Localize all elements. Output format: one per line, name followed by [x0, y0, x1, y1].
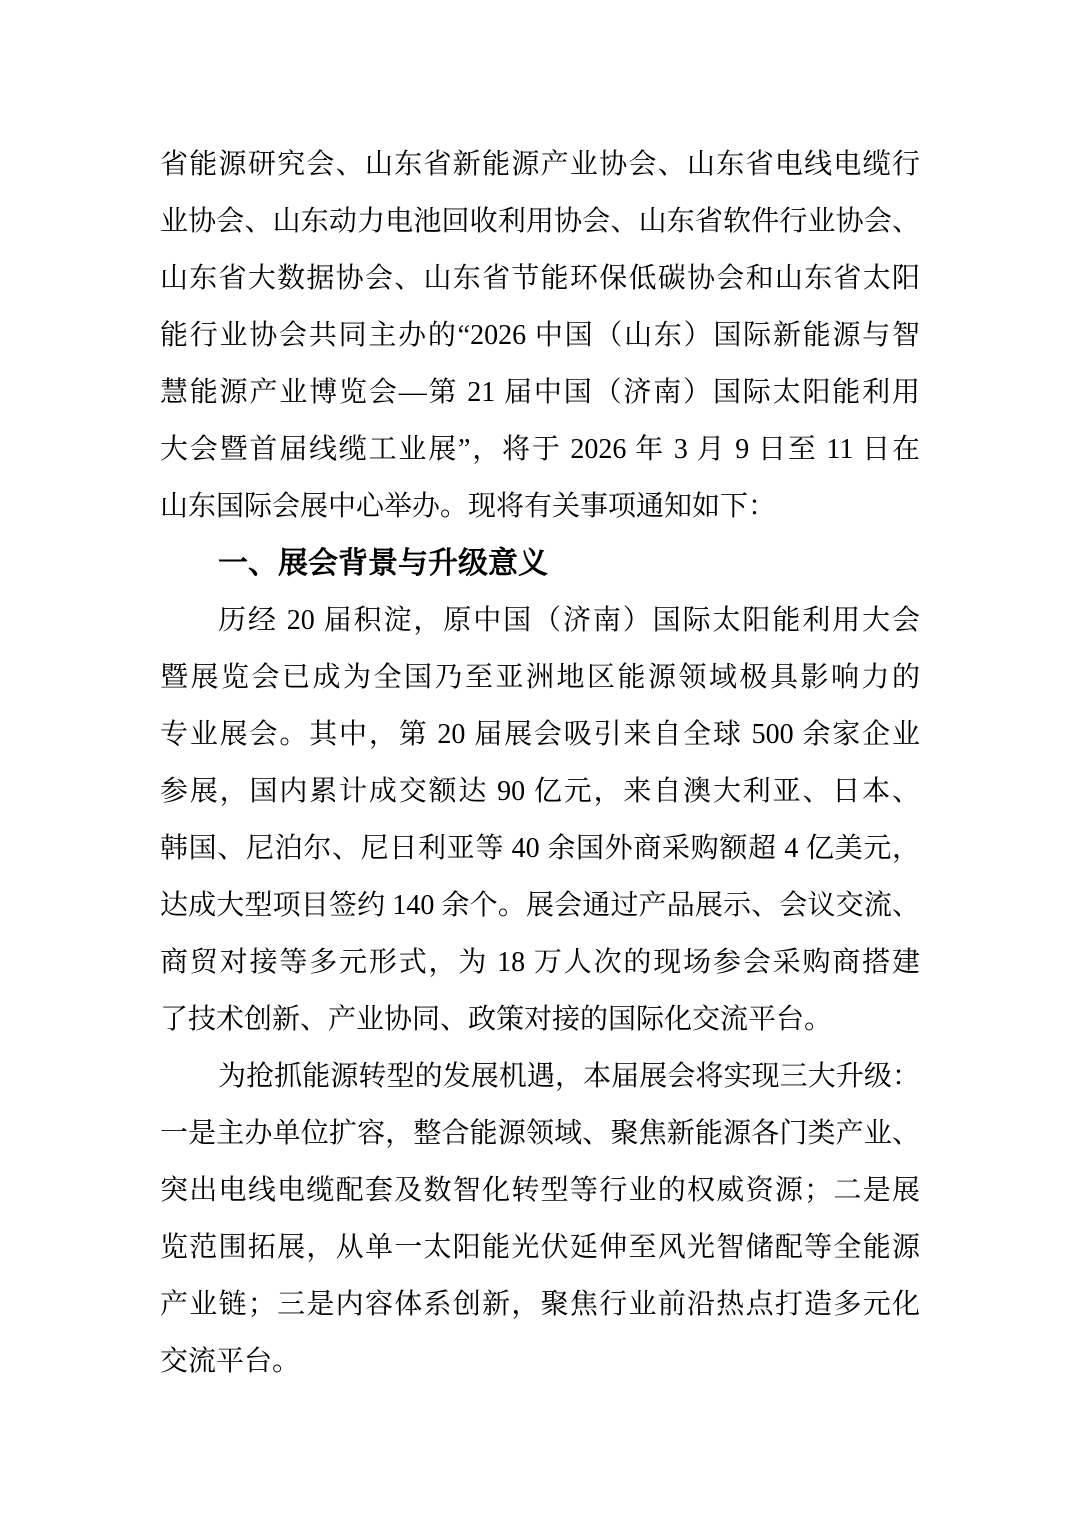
body-line: 交流平台。	[160, 1333, 920, 1390]
body-line: 参展，国内累计成交额达 90 亿元，来自澳大利亚、日本、	[160, 763, 920, 820]
body-line: 山东国际会展中心举办。现将有关事项通知如下：	[160, 478, 920, 535]
body-line: 能行业协会共同主办的“2026 中国（山东）国际新能源与智	[160, 307, 920, 364]
body-line: 突出电线电缆配套及数智化转型等行业的权威资源；二是展	[160, 1162, 920, 1219]
body-line: 了技术创新、产业协同、政策对接的国际化交流平台。	[160, 991, 920, 1048]
body-line: 览范围拓展，从单一太阳能光伏延伸至风光智储配等全能源	[160, 1219, 920, 1276]
body-line: 韩国、尼泊尔、尼日利亚等 40 余国外商采购额超 4 亿美元，	[160, 820, 920, 877]
body-line: 历经 20 届积淀，原中国（济南）国际太阳能利用大会	[160, 592, 920, 649]
section-1-heading: 一、展会背景与升级意义	[160, 535, 920, 592]
intro-paragraph: 省能源研究会、山东省新能源产业协会、山东省电线电缆行 业协会、山东动力电池回收利…	[160, 136, 920, 535]
body-line: 业协会、山东动力电池回收利用协会、山东省软件行业协会、	[160, 193, 920, 250]
background-paragraph: 历经 20 届积淀，原中国（济南）国际太阳能利用大会 暨展览会已成为全国乃至亚洲…	[160, 592, 920, 1048]
body-line: 专业展会。其中，第 20 届展会吸引来自全球 500 余家企业	[160, 706, 920, 763]
body-line: 产业链；三是内容体系创新，聚焦行业前沿热点打造多元化	[160, 1276, 920, 1333]
body-line: 商贸对接等多元形式，为 18 万人次的现场参会采购商搭建	[160, 934, 920, 991]
body-line: 一是主办单位扩容，整合能源领域、聚焦新能源各门类产业、	[160, 1105, 920, 1162]
body-line: 省能源研究会、山东省新能源产业协会、山东省电线电缆行	[160, 136, 920, 193]
body-line: 大会暨首届线缆工业展”，将于 2026 年 3 月 9 日至 11 日在	[160, 421, 920, 478]
body-line: 为抢抓能源转型的发展机遇，本届展会将实现三大升级：	[160, 1048, 920, 1105]
document-page: 省能源研究会、山东省新能源产业协会、山东省电线电缆行 业协会、山东动力电池回收利…	[0, 0, 1080, 1527]
body-line: 慧能源产业博览会—第 21 届中国（济南）国际太阳能利用	[160, 364, 920, 421]
body-line: 暨展览会已成为全国乃至亚洲地区能源领域极具影响力的	[160, 649, 920, 706]
body-line: 达成大型项目签约 140 余个。展会通过产品展示、会议交流、	[160, 877, 920, 934]
body-line: 山东省大数据协会、山东省节能环保低碳协会和山东省太阳	[160, 250, 920, 307]
upgrades-paragraph: 为抢抓能源转型的发展机遇，本届展会将实现三大升级： 一是主办单位扩容，整合能源领…	[160, 1048, 920, 1390]
